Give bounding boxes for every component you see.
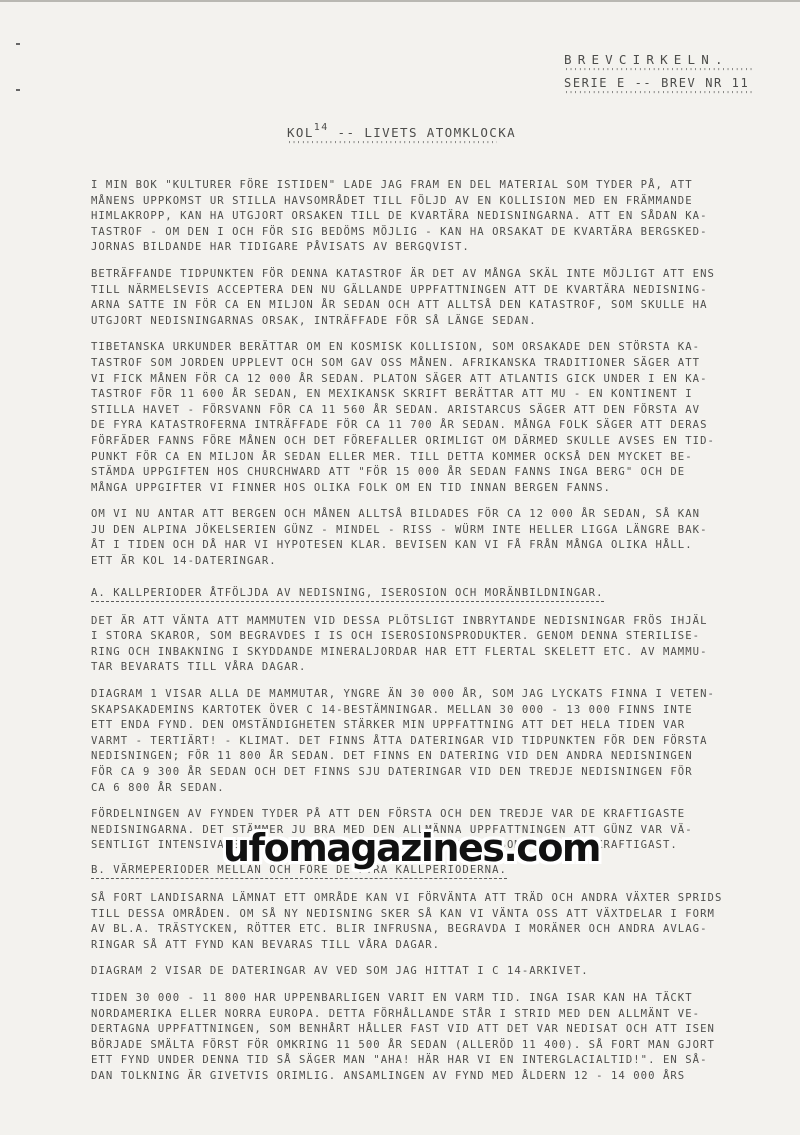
publication-name: BREVCIRKELN. <box>564 52 754 67</box>
paragraph: SÅ FORT LANDISARNA LÄMNAT ETT OMRÅDE KAN… <box>91 891 781 953</box>
title-suffix: -- LIVETS ATOMKLOCKA <box>329 125 516 140</box>
dotted-rule: ''''''''''''''''''''''''''''''''''''''''… <box>564 67 754 76</box>
paragraph: TIBETANSKA URKUNDER BERÄTTAR OM EN KOSMI… <box>91 340 781 496</box>
section-a-heading: A. KALLPERIODER ÅTFÖLJDA AV NEDISNING, I… <box>91 586 604 602</box>
paragraph: DIAGRAM 2 VISAR DE DATERINGAR AV VED SOM… <box>91 964 781 980</box>
paragraph: DIAGRAM 1 VISAR ALLA DE MAMMUTAR, YNGRE … <box>91 687 781 796</box>
series-number: SERIE E -- BREV NR 11 <box>564 76 754 90</box>
paragraph: OM VI NU ANTAR ATT BERGEN OCH MÅNEN ALLT… <box>91 507 781 569</box>
letterhead: BREVCIRKELN. '''''''''''''''''''''''''''… <box>564 52 754 99</box>
paragraph: DET ÄR ATT VÄNTA ATT MAMMUTEN VID DESSA … <box>91 614 781 676</box>
punch-mark <box>16 89 20 91</box>
document-page: BREVCIRKELN. '''''''''''''''''''''''''''… <box>0 0 800 1135</box>
paragraph: TIDEN 30 000 - 11 800 HAR UPPENBARLIGEN … <box>91 991 781 1085</box>
title-dotted-rule: ''''''''''''''''''''''''''''''''''''''''… <box>287 140 497 149</box>
punch-mark <box>16 43 20 45</box>
page-top-edge <box>0 0 800 2</box>
title-superscript: 14 <box>314 122 329 133</box>
dotted-rule: ''''''''''''''''''''''''''''''''''''''''… <box>564 90 754 99</box>
paragraph: I MIN BOK "KULTURER FÖRE ISTIDEN" LADE J… <box>91 178 781 256</box>
title-prefix: KOL <box>287 125 314 140</box>
watermark: ufomagazines.com <box>223 826 600 870</box>
document-body: I MIN BOK "KULTURER FÖRE ISTIDEN" LADE J… <box>91 178 781 1096</box>
document-title: KOL14 -- LIVETS ATOMKLOCKA '''''''''''''… <box>287 124 516 149</box>
paragraph: BETRÄFFANDE TIDPUNKTEN FÖR DENNA KATASTR… <box>91 267 781 329</box>
